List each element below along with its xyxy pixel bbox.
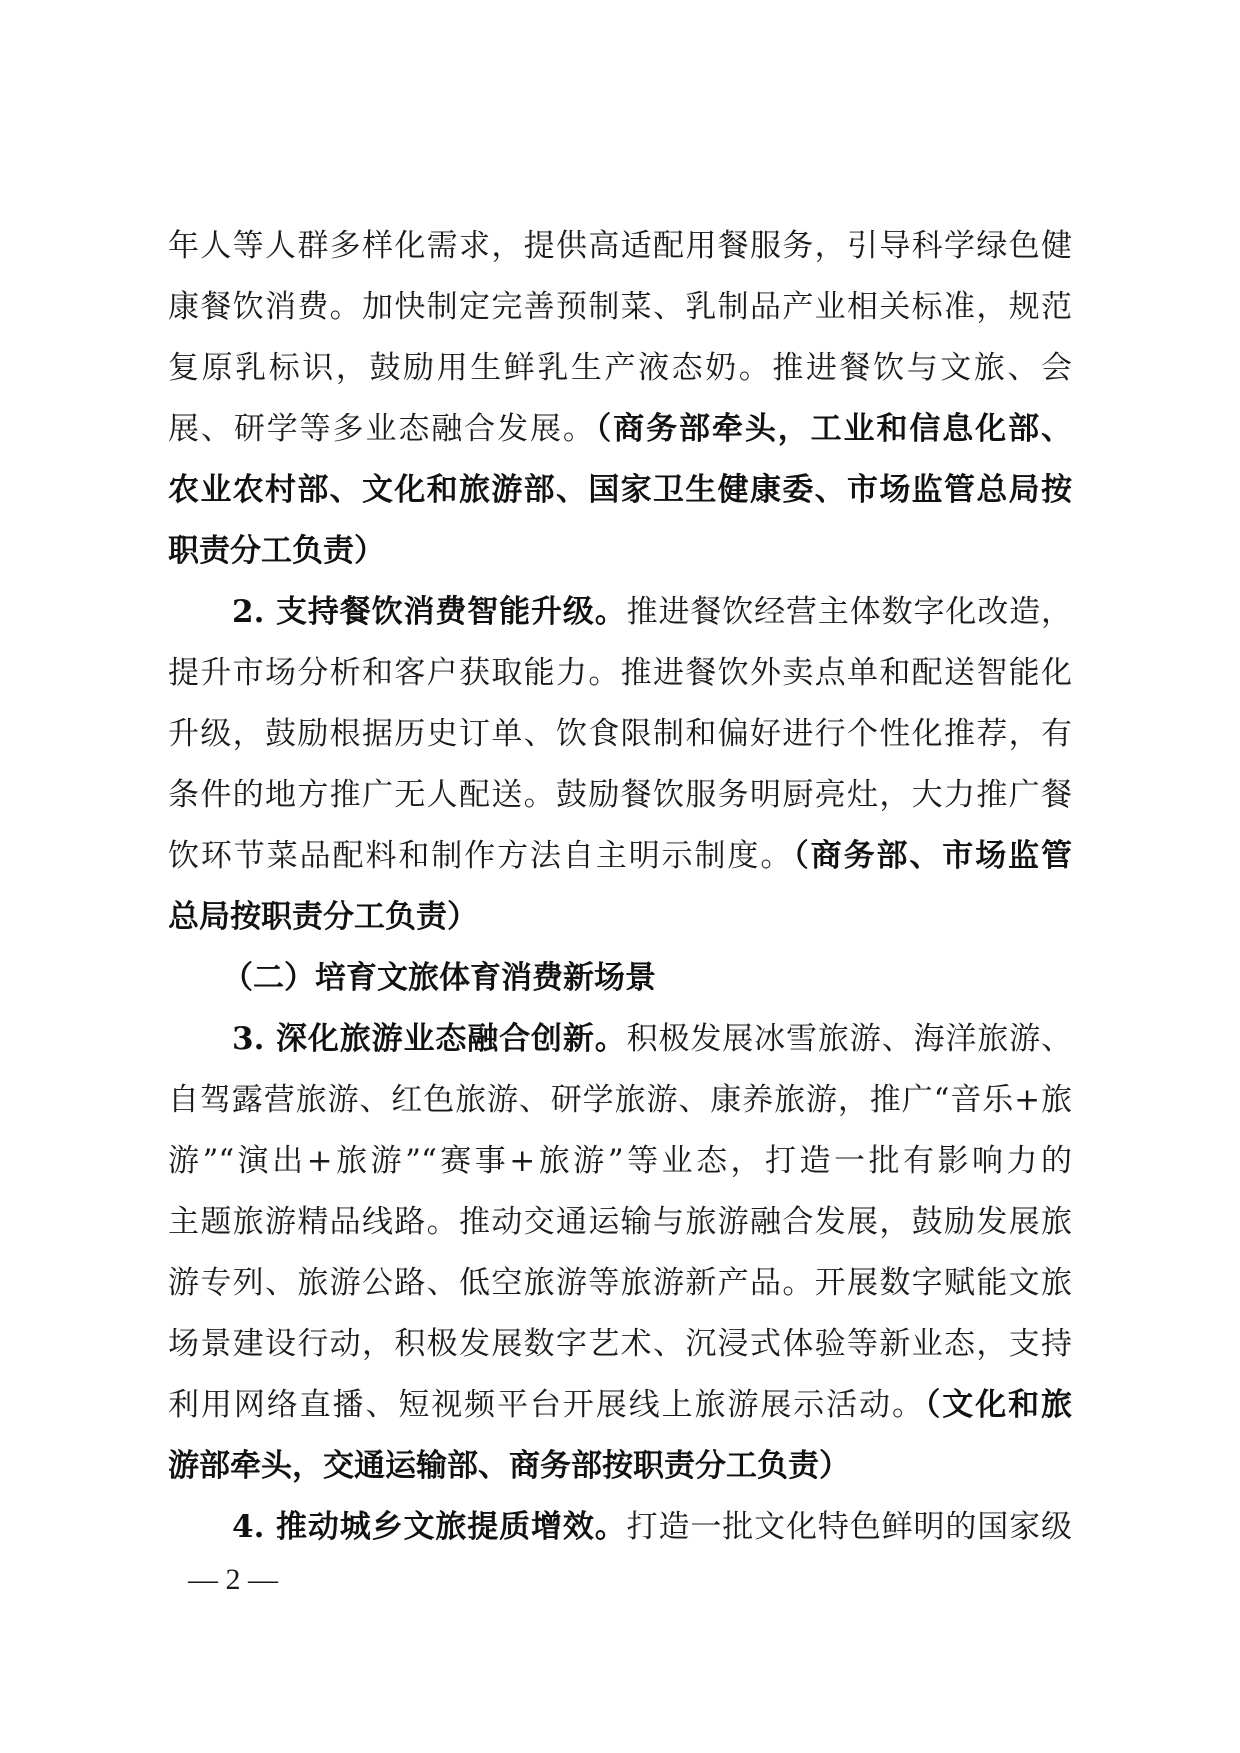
body-text: 复原乳标识，鼓励用生鲜乳生产液态奶。推进餐饮与文旅、会 bbox=[168, 350, 1072, 386]
body-text: 推进餐饮经营主体数字化改造， bbox=[627, 594, 1072, 630]
body-line: 主题旅游精品线路。推动交通运输与旅游融合发展，鼓励发展旅 bbox=[168, 1202, 1072, 1242]
responsibility-note: （商务部、市场监管 bbox=[793, 838, 1072, 874]
body-line: 利用网络直播、短视频平台开展线上旅游展示活动。（文化和旅 bbox=[168, 1385, 1072, 1425]
item-heading-line: 3. 深化旅游业态融合创新。积极发展冰雪旅游、海洋旅游、 bbox=[232, 1019, 1072, 1059]
body-line: 游部牵头，交通运输部、商务部按职责分工负责） bbox=[168, 1446, 1072, 1486]
body-line: 自驾露营旅游、红色旅游、研学旅游、康养旅游，推广“音乐+旅 bbox=[168, 1080, 1072, 1120]
body-line: 农业农村部、文化和旅游部、国家卫生健康委、市场监管总局按 bbox=[168, 470, 1072, 510]
body-text: 年人等人群多样化需求，提供高适配用餐服务，引导科学绿色健 bbox=[168, 228, 1072, 264]
item-heading-line: 4. 推动城乡文旅提质增效。打造一批文化特色鲜明的国家级 bbox=[232, 1507, 1072, 1547]
body-line: 游”“演出+旅游”“赛事+旅游”等业态，打造一批有影响力的 bbox=[168, 1141, 1072, 1181]
body-text: 升级，鼓励根据历史订单、饮食限制和偏好进行个性化推荐，有 bbox=[168, 716, 1072, 752]
body-line: 总局按职责分工负责） bbox=[168, 897, 1072, 937]
body-text: 康餐饮消费。加快制定完善预制菜、乳制品产业相关标准，规范 bbox=[168, 289, 1072, 325]
body-text: 展、研学等多业态融合发展。 bbox=[168, 411, 596, 447]
responsibility-note: 职责分工负责） bbox=[168, 533, 385, 569]
body-line: 康餐饮消费。加快制定完善预制菜、乳制品产业相关标准，规范 bbox=[168, 287, 1072, 327]
body-text: 条件的地方推广无人配送。鼓励餐饮服务明厨亮灶，大力推广餐 bbox=[168, 777, 1072, 813]
page-number: — 2 — bbox=[188, 1560, 278, 1600]
body-text: 饮环节菜品配料和制作方法自主明示制度。 bbox=[168, 838, 793, 874]
responsibility-note: （商务部牵头，工业和信息化部、 bbox=[596, 411, 1072, 447]
body-text: 游”“演出+旅游”“赛事+旅游”等业态，打造一批有影响力的 bbox=[168, 1143, 1072, 1179]
section-heading-text: （二）培育文旅体育消费新场景 bbox=[222, 960, 656, 996]
section-heading: （二）培育文旅体育消费新场景 bbox=[222, 958, 1062, 998]
body-text: 主题旅游精品线路。推动交通运输与旅游融合发展，鼓励发展旅 bbox=[168, 1204, 1072, 1240]
document-page: 年人等人群多样化需求，提供高适配用餐服务，引导科学绿色健 康餐饮消费。加快制定完… bbox=[0, 0, 1240, 1753]
body-line: 职责分工负责） bbox=[168, 531, 1072, 571]
item-heading: 2. 支持餐饮消费智能升级。 bbox=[232, 594, 627, 630]
body-line: 年人等人群多样化需求，提供高适配用餐服务，引导科学绿色健 bbox=[168, 226, 1072, 266]
responsibility-note: （文化和旅 bbox=[925, 1387, 1072, 1423]
body-line: 展、研学等多业态融合发展。（商务部牵头，工业和信息化部、 bbox=[168, 409, 1072, 449]
body-line: 场景建设行动，积极发展数字艺术、沉浸式体验等新业态，支持 bbox=[168, 1324, 1072, 1364]
body-line: 提升市场分析和客户获取能力。推进餐饮外卖点单和配送智能化 bbox=[168, 653, 1072, 693]
body-line: 复原乳标识，鼓励用生鲜乳生产液态奶。推进餐饮与文旅、会 bbox=[168, 348, 1072, 388]
body-text: 自驾露营旅游、红色旅游、研学旅游、康养旅游，推广“音乐+旅 bbox=[168, 1082, 1072, 1118]
responsibility-note: 游部牵头，交通运输部、商务部按职责分工负责） bbox=[168, 1448, 850, 1484]
item-heading: 4. 推动城乡文旅提质增效。 bbox=[232, 1509, 627, 1545]
body-line: 升级，鼓励根据历史订单、饮食限制和偏好进行个性化推荐，有 bbox=[168, 714, 1072, 754]
body-line: 饮环节菜品配料和制作方法自主明示制度。（商务部、市场监管 bbox=[168, 836, 1072, 876]
item-heading: 3. 深化旅游业态融合创新。 bbox=[232, 1021, 627, 1057]
body-text: 打造一批文化特色鲜明的国家级 bbox=[627, 1509, 1072, 1545]
body-text: 游专列、旅游公路、低空旅游等旅游新产品。开展数字赋能文旅 bbox=[168, 1265, 1072, 1301]
body-line: 条件的地方推广无人配送。鼓励餐饮服务明厨亮灶，大力推广餐 bbox=[168, 775, 1072, 815]
responsibility-note: 农业农村部、文化和旅游部、国家卫生健康委、市场监管总局按 bbox=[168, 472, 1072, 508]
body-text: 利用网络直播、短视频平台开展线上旅游展示活动。 bbox=[168, 1387, 925, 1423]
body-text: 提升市场分析和客户获取能力。推进餐饮外卖点单和配送智能化 bbox=[168, 655, 1072, 691]
body-text: 积极发展冰雪旅游、海洋旅游、 bbox=[627, 1021, 1072, 1057]
responsibility-note: 总局按职责分工负责） bbox=[168, 899, 478, 935]
body-text: 场景建设行动，积极发展数字艺术、沉浸式体验等新业态，支持 bbox=[168, 1326, 1072, 1362]
item-heading-line: 2. 支持餐饮消费智能升级。推进餐饮经营主体数字化改造， bbox=[232, 592, 1072, 632]
body-line: 游专列、旅游公路、低空旅游等旅游新产品。开展数字赋能文旅 bbox=[168, 1263, 1072, 1303]
